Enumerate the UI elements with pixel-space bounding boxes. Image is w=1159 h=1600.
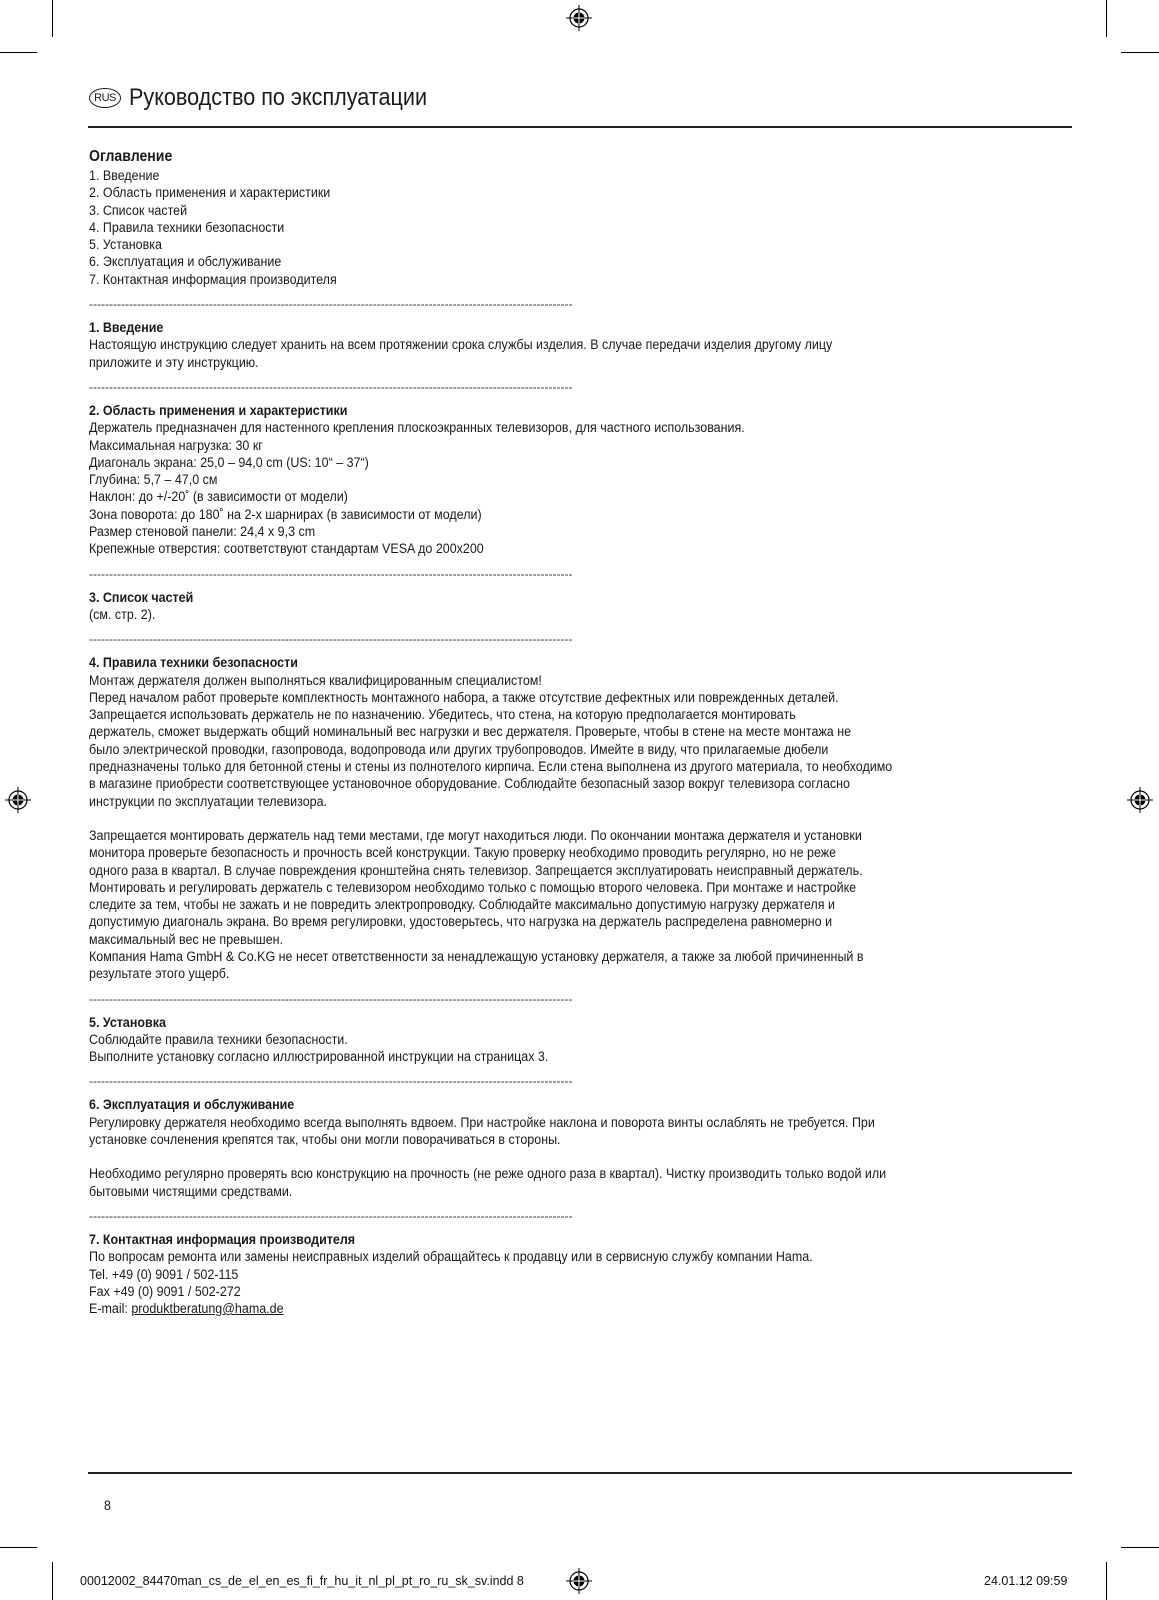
section-title: 6. Эксплуатация и обслуживание [89,1097,960,1114]
paragraph-line: Запрещается использовать держатель не по… [89,707,960,724]
spec-depth: Глубина: 5,7 – 47,0 см [89,472,960,489]
section-operation-maintenance: 6. Эксплуатация и обслуживание Регулиров… [89,1097,1079,1200]
paragraph-line: одного раза в квартал. В случае поврежде… [89,863,960,880]
paragraph-line: предназначены только для бетонной стены … [89,759,960,776]
section-specifications: 2. Область применения и характеристики Д… [89,403,1079,559]
paragraph-line: Соблюдайте правила техники безопасности. [89,1032,960,1049]
registration-mark-icon [5,787,31,813]
section-parts-list: 3. Список частей (см. стр. 2). [89,590,1079,625]
section-separator: ----------------------------------------… [89,1209,681,1226]
spec-screen-diagonal: Диагональ экрана: 25,0 – 94,0 cm (US: 10… [89,455,960,472]
paragraph-line: Настоящую инструкцию следует хранить на … [89,337,960,354]
footer-divider [88,1472,1072,1474]
crop-mark-bottom-left-horizontal [0,1547,37,1548]
paragraph-line: держатель, сможет выдержать общий номина… [89,724,960,741]
contact-fax: Fax +49 (0) 9091 / 502-272 [89,1284,960,1301]
paragraph-line: инструкции по эксплуатации телевизора. [89,794,960,811]
section-installation: 5. Установка Соблюдайте правила техники … [89,1015,1079,1067]
section-separator: ----------------------------------------… [89,632,681,649]
crop-mark-bottom-right-vertical [1106,1562,1107,1600]
toc-item: 7. Контактная информация производителя [89,272,960,289]
table-of-contents: Оглавление 1. Введение 2. Область примен… [89,147,1079,289]
toc-item: 6. Эксплуатация и обслуживание [89,254,960,271]
email-link[interactable]: produktberatung@hama.de [131,1301,283,1317]
toc-item: 4. Правила техники безопасности [89,220,960,237]
section-separator: ----------------------------------------… [89,380,681,397]
paragraph-line: Держатель предназначен для настенного кр… [89,420,960,437]
section-title: 4. Правила техники безопасности [89,655,960,672]
spec-tilt: Наклон: до +/-20˚ (в зависимости от моде… [89,489,960,506]
section-separator: ----------------------------------------… [89,992,681,1009]
contact-phone: Tel. +49 (0) 9091 / 502-115 [89,1267,960,1284]
document-body: Оглавление 1. Введение 2. Область примен… [89,147,1079,1318]
crop-mark-top-left-horizontal [0,52,37,53]
crop-mark-top-right-horizontal [1121,52,1159,53]
paragraph-line: результате этого ущерб. [89,966,960,983]
paragraph-line: в магазине приобрести соответствующее ус… [89,776,960,793]
section-safety: 4. Правила техники безопасности Монтаж д… [89,655,1079,983]
paragraph-line: бытовыми чистящими средствами. [89,1184,960,1201]
section-title: 1. Введение [89,320,960,337]
paragraph-line: Компания Hama GmbH & Co.KG не несет отве… [89,949,960,966]
print-slug-date: 24.01.12 09:59 [984,1574,1067,1588]
paragraph-line: По вопросам ремонта или замены неисправн… [89,1249,960,1266]
paragraph-line: Необходимо регулярно проверять всю конст… [89,1166,960,1183]
crop-mark-bottom-right-horizontal [1121,1547,1159,1548]
registration-mark-icon [1127,787,1153,813]
paragraph-line: установке сочленения крепятся так, чтобы… [89,1132,960,1149]
toc-item: 5. Установка [89,237,960,254]
paragraph-line: допустимую диагональ экрана. Во время ре… [89,914,960,931]
paragraph-line: было электрической проводки, газопровода… [89,742,960,759]
paragraph-line: Выполните установку согласно иллюстриров… [89,1049,960,1066]
print-slug-filename: 00012002_84470man_cs_de_el_en_es_fi_fr_h… [80,1574,524,1588]
language-badge: RUS [89,88,121,108]
registration-mark-icon [566,5,592,31]
page-number: 8 [104,1497,111,1513]
section-separator: ----------------------------------------… [89,567,681,584]
crop-mark-top-left-vertical [52,0,53,37]
toc-item: 1. Введение [89,168,960,185]
paragraph-line: следите за тем, чтобы не зажать и не пов… [89,897,960,914]
paragraph-line: Перед началом работ проверьте комплектно… [89,690,960,707]
email-label: E-mail: [89,1301,131,1317]
crop-mark-top-right-vertical [1106,0,1107,37]
toc-title: Оглавление [89,147,960,167]
paragraph-line: монитора проверьте безопасность и прочно… [89,845,960,862]
spec-vesa: Крепежные отверстия: соответствуют станд… [89,541,960,558]
page-title: Руководство по эксплуатации [129,84,427,112]
contact-email-line: E-mail: produktberatung@hama.de [89,1301,960,1318]
section-separator: ----------------------------------------… [89,1074,681,1091]
page-header: RUS Руководство по эксплуатации [89,84,460,112]
paragraph-line: максимальный вес не превышен. [89,932,960,949]
spec-max-load: Максимальная нагрузка: 30 кг [89,438,960,455]
section-contact: 7. Контактная информация производителя П… [89,1232,1079,1318]
section-separator: ----------------------------------------… [89,297,681,314]
paragraph-line: Монтировать и регулировать держатель с т… [89,880,960,897]
section-title: 5. Установка [89,1015,960,1032]
spec-wall-plate: Размер стеновой панели: 24,4 x 9,3 cm [89,524,960,541]
paragraph-line: Монтаж держателя должен выполняться квал… [89,673,960,690]
header-divider [88,126,1072,128]
paragraph-line: Регулировку держателя необходимо всегда … [89,1115,960,1132]
toc-item: 3. Список частей [89,203,960,220]
section-introduction: 1. Введение Настоящую инструкцию следует… [89,320,1079,372]
crop-mark-bottom-left-vertical [52,1562,53,1600]
paragraph-line: Запрещается монтировать держатель над те… [89,828,960,845]
toc-item: 2. Область применения и характеристики [89,185,960,202]
section-title: 2. Область применения и характеристики [89,403,960,420]
paragraph-line: (см. стр. 2). [89,607,960,624]
section-title: 3. Список частей [89,590,960,607]
paragraph-line: приложите и эту инструкцию. [89,355,960,372]
spec-swivel: Зона поворота: до 180˚ на 2-х шарнирах (… [89,507,960,524]
section-title: 7. Контактная информация производителя [89,1232,960,1249]
registration-mark-icon [566,1568,592,1594]
